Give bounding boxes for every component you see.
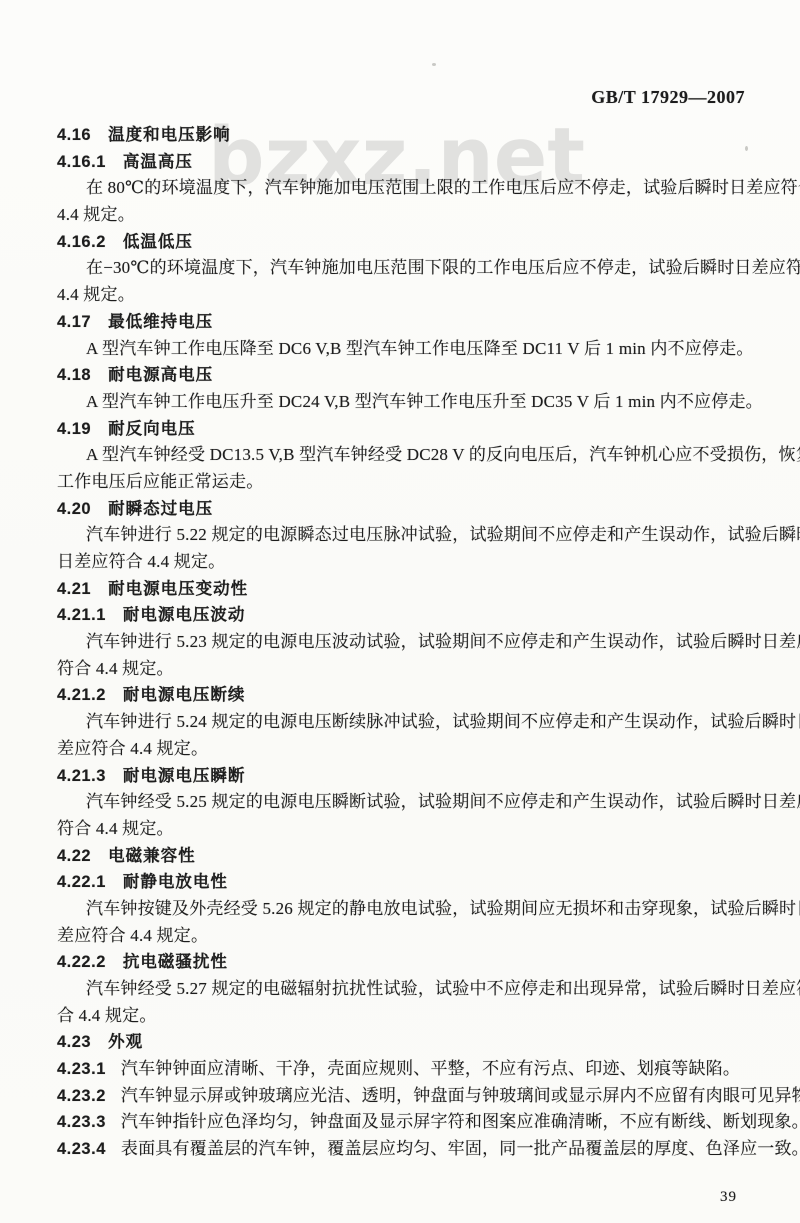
body-text: 汽车钟经受 5.27 规定的电磁辐射抗扰性试验，试验中不应停走和出现异常，试验后… bbox=[86, 979, 800, 998]
page-number: 39 bbox=[720, 1189, 737, 1206]
clause-heading-4-21-2: 4.21.2耐电源电压断续 bbox=[57, 682, 749, 709]
clause-text-line: A 型汽车钟工作电压降至 DC6 V,B 型汽车钟工作电压降至 DC11 V 后… bbox=[57, 336, 749, 363]
clause-text-line: 汽车钟进行 5.23 规定的电源电压波动试验，试验期间不应停走和产生误动作，试验… bbox=[57, 629, 749, 656]
body-text: 表面具有覆盖层的汽车钟，覆盖层应均匀、牢固，同一批产品覆盖层的厚度、色泽应一致。 bbox=[121, 1139, 800, 1158]
clause-heading-4-23: 4.23外观 bbox=[57, 1029, 749, 1056]
clause-number: 4.22 bbox=[57, 847, 91, 865]
body-text: 汽车钟进行 5.24 规定的电源电压断续脉冲试验，试验期间不应停走和产生误动作，… bbox=[86, 712, 800, 731]
clause-number: 4.17 bbox=[57, 313, 91, 331]
document-body: 4.16温度和电压影响 4.16.1高温高压 在 80℃的环境温度下，汽车钟施加… bbox=[57, 122, 749, 1163]
document-page: bzxz.net GB/T 17929—2007 4.16温度和电压影响 4.1… bbox=[0, 0, 800, 1223]
body-text: 符合 4.4 规定。 bbox=[57, 659, 174, 678]
clause-text-line: A 型汽车钟经受 DC13.5 V,B 型汽车钟经受 DC28 V 的反向电压后… bbox=[57, 442, 749, 469]
clause-number: 4.23 bbox=[57, 1033, 91, 1051]
clause-number: 4.20 bbox=[57, 500, 91, 518]
clause-title: 耐电源电压波动 bbox=[123, 606, 246, 624]
clause-number: 4.18 bbox=[57, 366, 91, 384]
clause-number: 4.21.3 bbox=[57, 767, 106, 785]
body-text: 汽车钟进行 5.23 规定的电源电压波动试验，试验期间不应停走和产生误动作，试验… bbox=[86, 632, 800, 651]
clause-heading-4-19: 4.19耐反向电压 bbox=[57, 416, 749, 443]
clause-title: 温度和电压影响 bbox=[108, 126, 231, 144]
clause-title: 耐电源电压断续 bbox=[123, 686, 246, 704]
clause-text-line: 合 4.4 规定。 bbox=[57, 1003, 749, 1030]
clause-heading-4-21-1: 4.21.1耐电源电压波动 bbox=[57, 602, 749, 629]
body-text: 在 80℃的环境温度下，汽车钟施加电压范围上限的工作电压后应不停走，试验后瞬时日… bbox=[86, 178, 800, 197]
clause-item-4-23-1: 4.23.1汽车钟钟面应清晰、干净，壳面应规则、平整，不应有污点、印迹、划痕等缺… bbox=[57, 1056, 749, 1083]
clause-text-line: 差应符合 4.4 规定。 bbox=[57, 923, 749, 950]
clause-number: 4.23.1 bbox=[57, 1060, 106, 1078]
clause-number: 4.21.2 bbox=[57, 686, 106, 704]
clause-text-line: 汽车钟经受 5.27 规定的电磁辐射抗扰性试验，试验中不应停走和出现异常，试验后… bbox=[57, 976, 749, 1003]
body-text: 差应符合 4.4 规定。 bbox=[57, 926, 208, 945]
clause-heading-4-22: 4.22电磁兼容性 bbox=[57, 843, 749, 870]
body-text: 工作电压后应能正常运走。 bbox=[57, 472, 263, 491]
clause-item-4-23-4: 4.23.4表面具有覆盖层的汽车钟，覆盖层应均匀、牢固，同一批产品覆盖层的厚度、… bbox=[57, 1136, 749, 1163]
body-text: 汽车钟经受 5.25 规定的电源电压瞬断试验，试验期间不应停走和产生误动作，试验… bbox=[86, 792, 800, 811]
body-text: 汽车钟钟面应清晰、干净，壳面应规则、平整，不应有污点、印迹、划痕等缺陷。 bbox=[121, 1059, 740, 1078]
clause-title: 耐电源电压瞬断 bbox=[123, 767, 246, 785]
clause-number: 4.23.2 bbox=[57, 1087, 106, 1105]
clause-heading-4-20: 4.20耐瞬态过电压 bbox=[57, 496, 749, 523]
body-text: A 型汽车钟工作电压升至 DC24 V,B 型汽车钟工作电压升至 DC35 V … bbox=[86, 392, 763, 411]
clause-heading-4-22-2: 4.22.2抗电磁骚扰性 bbox=[57, 949, 749, 976]
clause-item-4-23-2: 4.23.2汽车钟显示屏或钟玻璃应光洁、透明，钟盘面与钟玻璃间或显示屏内不应留有… bbox=[57, 1083, 749, 1110]
clause-heading-4-16: 4.16温度和电压影响 bbox=[57, 122, 749, 149]
clause-number: 4.21.1 bbox=[57, 606, 106, 624]
body-text: 差应符合 4.4 规定。 bbox=[57, 739, 208, 758]
body-text: A 型汽车钟经受 DC13.5 V,B 型汽车钟经受 DC28 V 的反向电压后… bbox=[86, 445, 800, 464]
clause-heading-4-16-1: 4.16.1高温高压 bbox=[57, 149, 749, 176]
clause-title: 抗电磁骚扰性 bbox=[123, 953, 228, 971]
clause-title: 耐电源电压变动性 bbox=[108, 580, 248, 598]
clause-heading-4-21-3: 4.21.3耐电源电压瞬断 bbox=[57, 763, 749, 790]
clause-number: 4.16.1 bbox=[57, 153, 106, 171]
clause-text-line: 在−30℃的环境温度下，汽车钟施加电压范围下限的工作电压后应不停走，试验后瞬时日… bbox=[57, 255, 749, 282]
clause-text-line: 汽车钟按键及外壳经受 5.26 规定的静电放电试验，试验期间应无损坏和击穿现象，… bbox=[57, 896, 749, 923]
clause-number: 4.22.2 bbox=[57, 953, 106, 971]
body-text: 4.4 规定。 bbox=[57, 205, 135, 224]
body-text: 汽车钟显示屏或钟玻璃应光洁、透明，钟盘面与钟玻璃间或显示屏内不应留有肉眼可见异物… bbox=[121, 1086, 800, 1105]
clause-heading-4-17: 4.17最低维持电压 bbox=[57, 309, 749, 336]
clause-number: 4.16.2 bbox=[57, 233, 106, 251]
standard-number: GB/T 17929—2007 bbox=[0, 87, 745, 108]
body-text: 汽车钟进行 5.22 规定的电源瞬态过电压脉冲试验，试验期间不应停走和产生误动作… bbox=[86, 525, 800, 544]
clause-text-line: A 型汽车钟工作电压升至 DC24 V,B 型汽车钟工作电压升至 DC35 V … bbox=[57, 389, 749, 416]
clause-text-line: 4.4 规定。 bbox=[57, 282, 749, 309]
clause-title: 耐瞬态过电压 bbox=[108, 500, 213, 518]
clause-heading-4-22-1: 4.22.1耐静电放电性 bbox=[57, 869, 749, 896]
clause-text-line: 符合 4.4 规定。 bbox=[57, 656, 749, 683]
clause-text-line: 工作电压后应能正常运走。 bbox=[57, 469, 749, 496]
body-text: 汽车钟按键及外壳经受 5.26 规定的静电放电试验，试验期间应无损坏和击穿现象，… bbox=[86, 899, 800, 918]
clause-title: 耐电源高电压 bbox=[108, 366, 213, 384]
clause-title: 最低维持电压 bbox=[108, 313, 213, 331]
clause-title: 耐反向电压 bbox=[108, 420, 196, 438]
clause-heading-4-16-2: 4.16.2低温低压 bbox=[57, 229, 749, 256]
clause-text-line: 汽车钟经受 5.25 规定的电源电压瞬断试验，试验期间不应停走和产生误动作，试验… bbox=[57, 789, 749, 816]
clause-text-line: 符合 4.4 规定。 bbox=[57, 816, 749, 843]
body-text: A 型汽车钟工作电压降至 DC6 V,B 型汽车钟工作电压降至 DC11 V 后… bbox=[86, 339, 754, 358]
clause-number: 4.22.1 bbox=[57, 873, 106, 891]
clause-text-line: 汽车钟进行 5.24 规定的电源电压断续脉冲试验，试验期间不应停走和产生误动作，… bbox=[57, 709, 749, 736]
clause-text-line: 4.4 规定。 bbox=[57, 202, 749, 229]
clause-number: 4.21 bbox=[57, 580, 91, 598]
clause-number: 4.19 bbox=[57, 420, 91, 438]
clause-number: 4.23.3 bbox=[57, 1113, 106, 1131]
body-text: 4.4 规定。 bbox=[57, 285, 135, 304]
body-text: 在−30℃的环境温度下，汽车钟施加电压范围下限的工作电压后应不停走，试验后瞬时日… bbox=[86, 258, 800, 277]
clause-title: 外观 bbox=[108, 1033, 143, 1051]
clause-item-4-23-3: 4.23.3汽车钟指针应色泽均匀，钟盘面及显示屏字符和图案应准确清晰，不应有断线… bbox=[57, 1109, 749, 1136]
body-text: 合 4.4 规定。 bbox=[57, 1006, 157, 1025]
clause-text-line: 日差应符合 4.4 规定。 bbox=[57, 549, 749, 576]
clause-text-line: 在 80℃的环境温度下，汽车钟施加电压范围上限的工作电压后应不停走，试验后瞬时日… bbox=[57, 175, 749, 202]
body-text: 日差应符合 4.4 规定。 bbox=[57, 552, 225, 571]
clause-title: 电磁兼容性 bbox=[108, 847, 196, 865]
clause-title: 耐静电放电性 bbox=[123, 873, 228, 891]
scan-speck bbox=[432, 63, 436, 66]
clause-number: 4.23.4 bbox=[57, 1140, 106, 1158]
clause-heading-4-21: 4.21耐电源电压变动性 bbox=[57, 576, 749, 603]
clause-title: 高温高压 bbox=[123, 153, 193, 171]
clause-text-line: 差应符合 4.4 规定。 bbox=[57, 736, 749, 763]
clause-number: 4.16 bbox=[57, 126, 91, 144]
body-text: 符合 4.4 规定。 bbox=[57, 819, 174, 838]
clause-heading-4-18: 4.18耐电源高电压 bbox=[57, 362, 749, 389]
clause-text-line: 汽车钟进行 5.22 规定的电源瞬态过电压脉冲试验，试验期间不应停走和产生误动作… bbox=[57, 522, 749, 549]
body-text: 汽车钟指针应色泽均匀，钟盘面及显示屏字符和图案应准确清晰，不应有断线、断划现象。 bbox=[121, 1112, 800, 1131]
clause-title: 低温低压 bbox=[123, 233, 193, 251]
